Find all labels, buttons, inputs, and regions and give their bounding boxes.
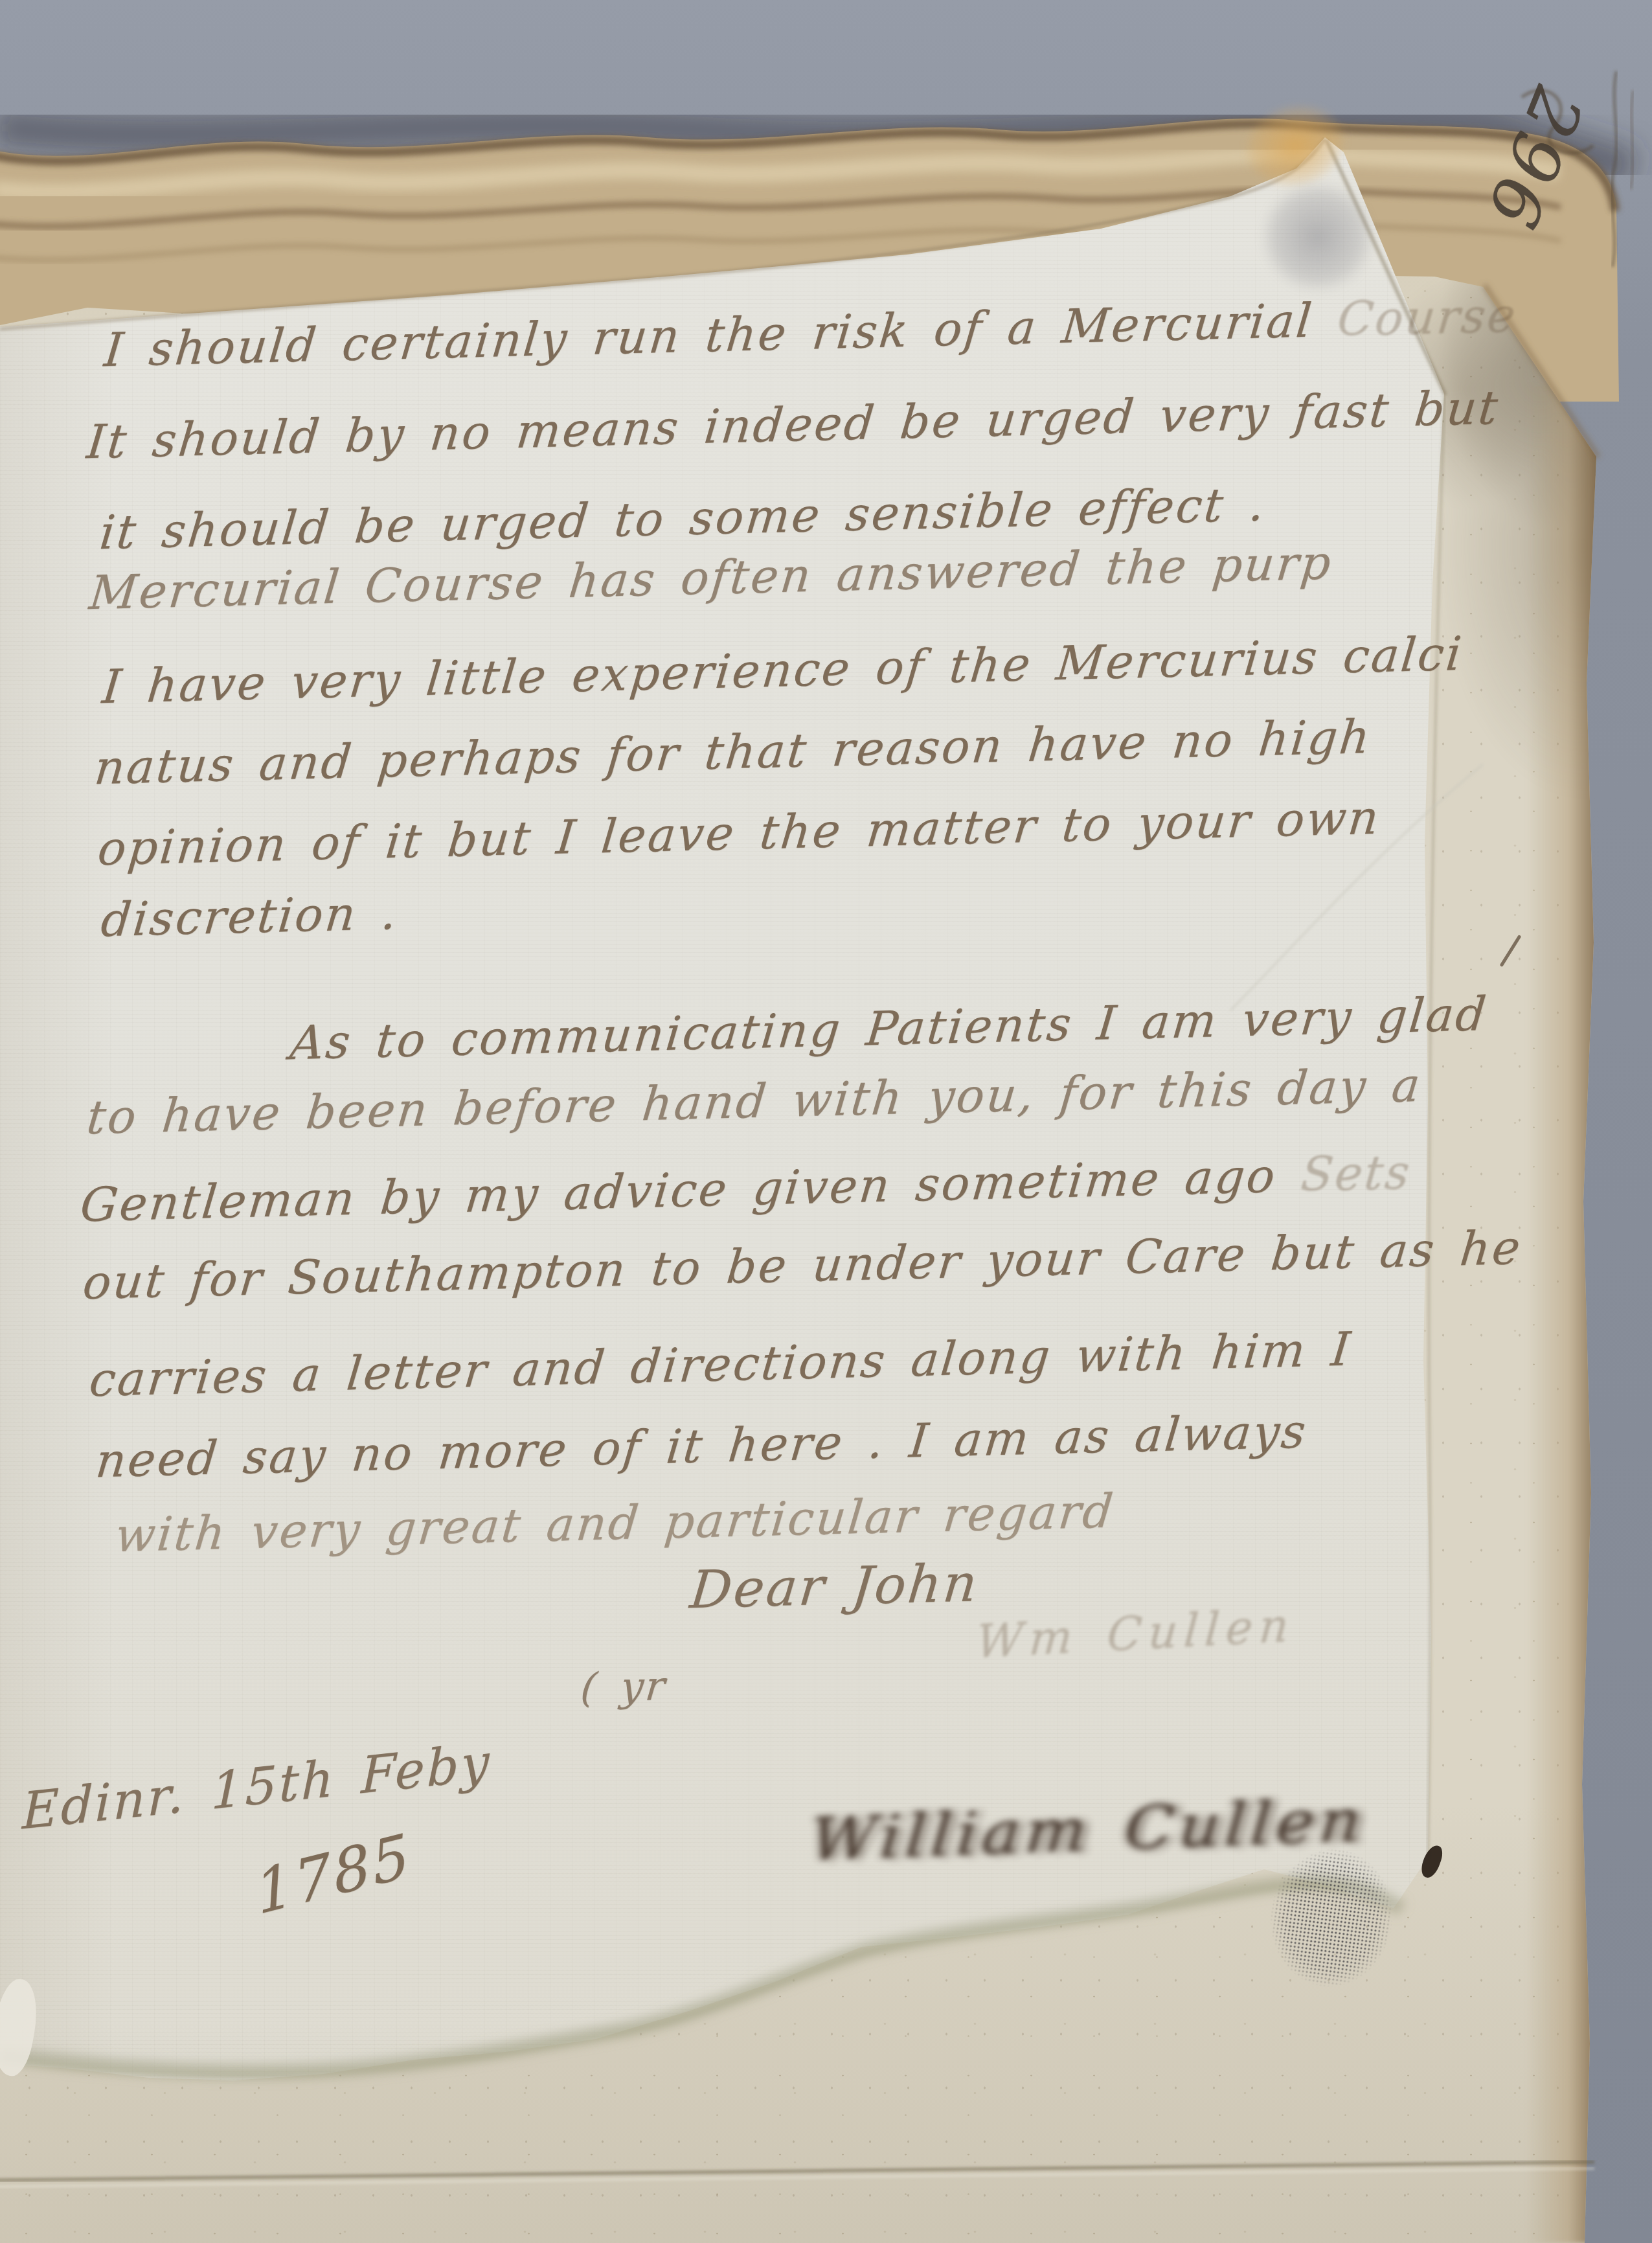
dateline-place-day: Edinr. 15th Feby <box>22 1737 492 1838</box>
letter-line-7: opinion of it but I leave the matter to … <box>96 794 1383 872</box>
letter-line-13: carries a letter and directions along wi… <box>87 1325 1354 1403</box>
line-1-text: I should certainly run the risk of a Mer… <box>102 293 1316 377</box>
letter-line-1: I should certainly run the risk of a Mer… <box>102 292 1519 373</box>
letter-line-5: I have very little experience of the Mer… <box>100 630 1465 711</box>
letter-line-11: Gentleman by my advice given sometime ag… <box>78 1149 1414 1228</box>
line-11-faded-word: Sets <box>1298 1145 1414 1202</box>
letter-line-6: natus and perhaps for that reason have n… <box>93 713 1374 791</box>
signature-smudged: William Cullen <box>809 1791 1368 1870</box>
ghost-signature-offset: Wm Cullen <box>975 1602 1296 1665</box>
letter-line-12: out for Southampton to be under your Car… <box>81 1224 1524 1306</box>
closing-salutation: Dear John <box>688 1557 981 1616</box>
letter-line-9: As to communicating Patients I am very g… <box>288 990 1490 1066</box>
letter-line-2: It should by no means indeed be urged ve… <box>85 384 1502 465</box>
line-1-faded-word: Course <box>1335 288 1520 347</box>
manuscript-photo: I should certainly run the risk of a Mer… <box>0 0 1652 2243</box>
letter-line-15: with very great and particular regard <box>113 1487 1117 1558</box>
handwriting-layer: I should certainly run the risk of a Mer… <box>0 0 1652 2243</box>
line-11-text: Gentleman by my advice given sometime ag… <box>78 1148 1279 1232</box>
your-abbreviation: ( yr <box>579 1666 669 1708</box>
letter-line-8: discretion . <box>99 889 401 943</box>
letter-line-10: to have been before hand with you, for t… <box>85 1062 1424 1141</box>
dateline-year: 1785 <box>253 1825 414 1924</box>
letter-line-14: need say no more of it here . I am as al… <box>94 1407 1309 1484</box>
